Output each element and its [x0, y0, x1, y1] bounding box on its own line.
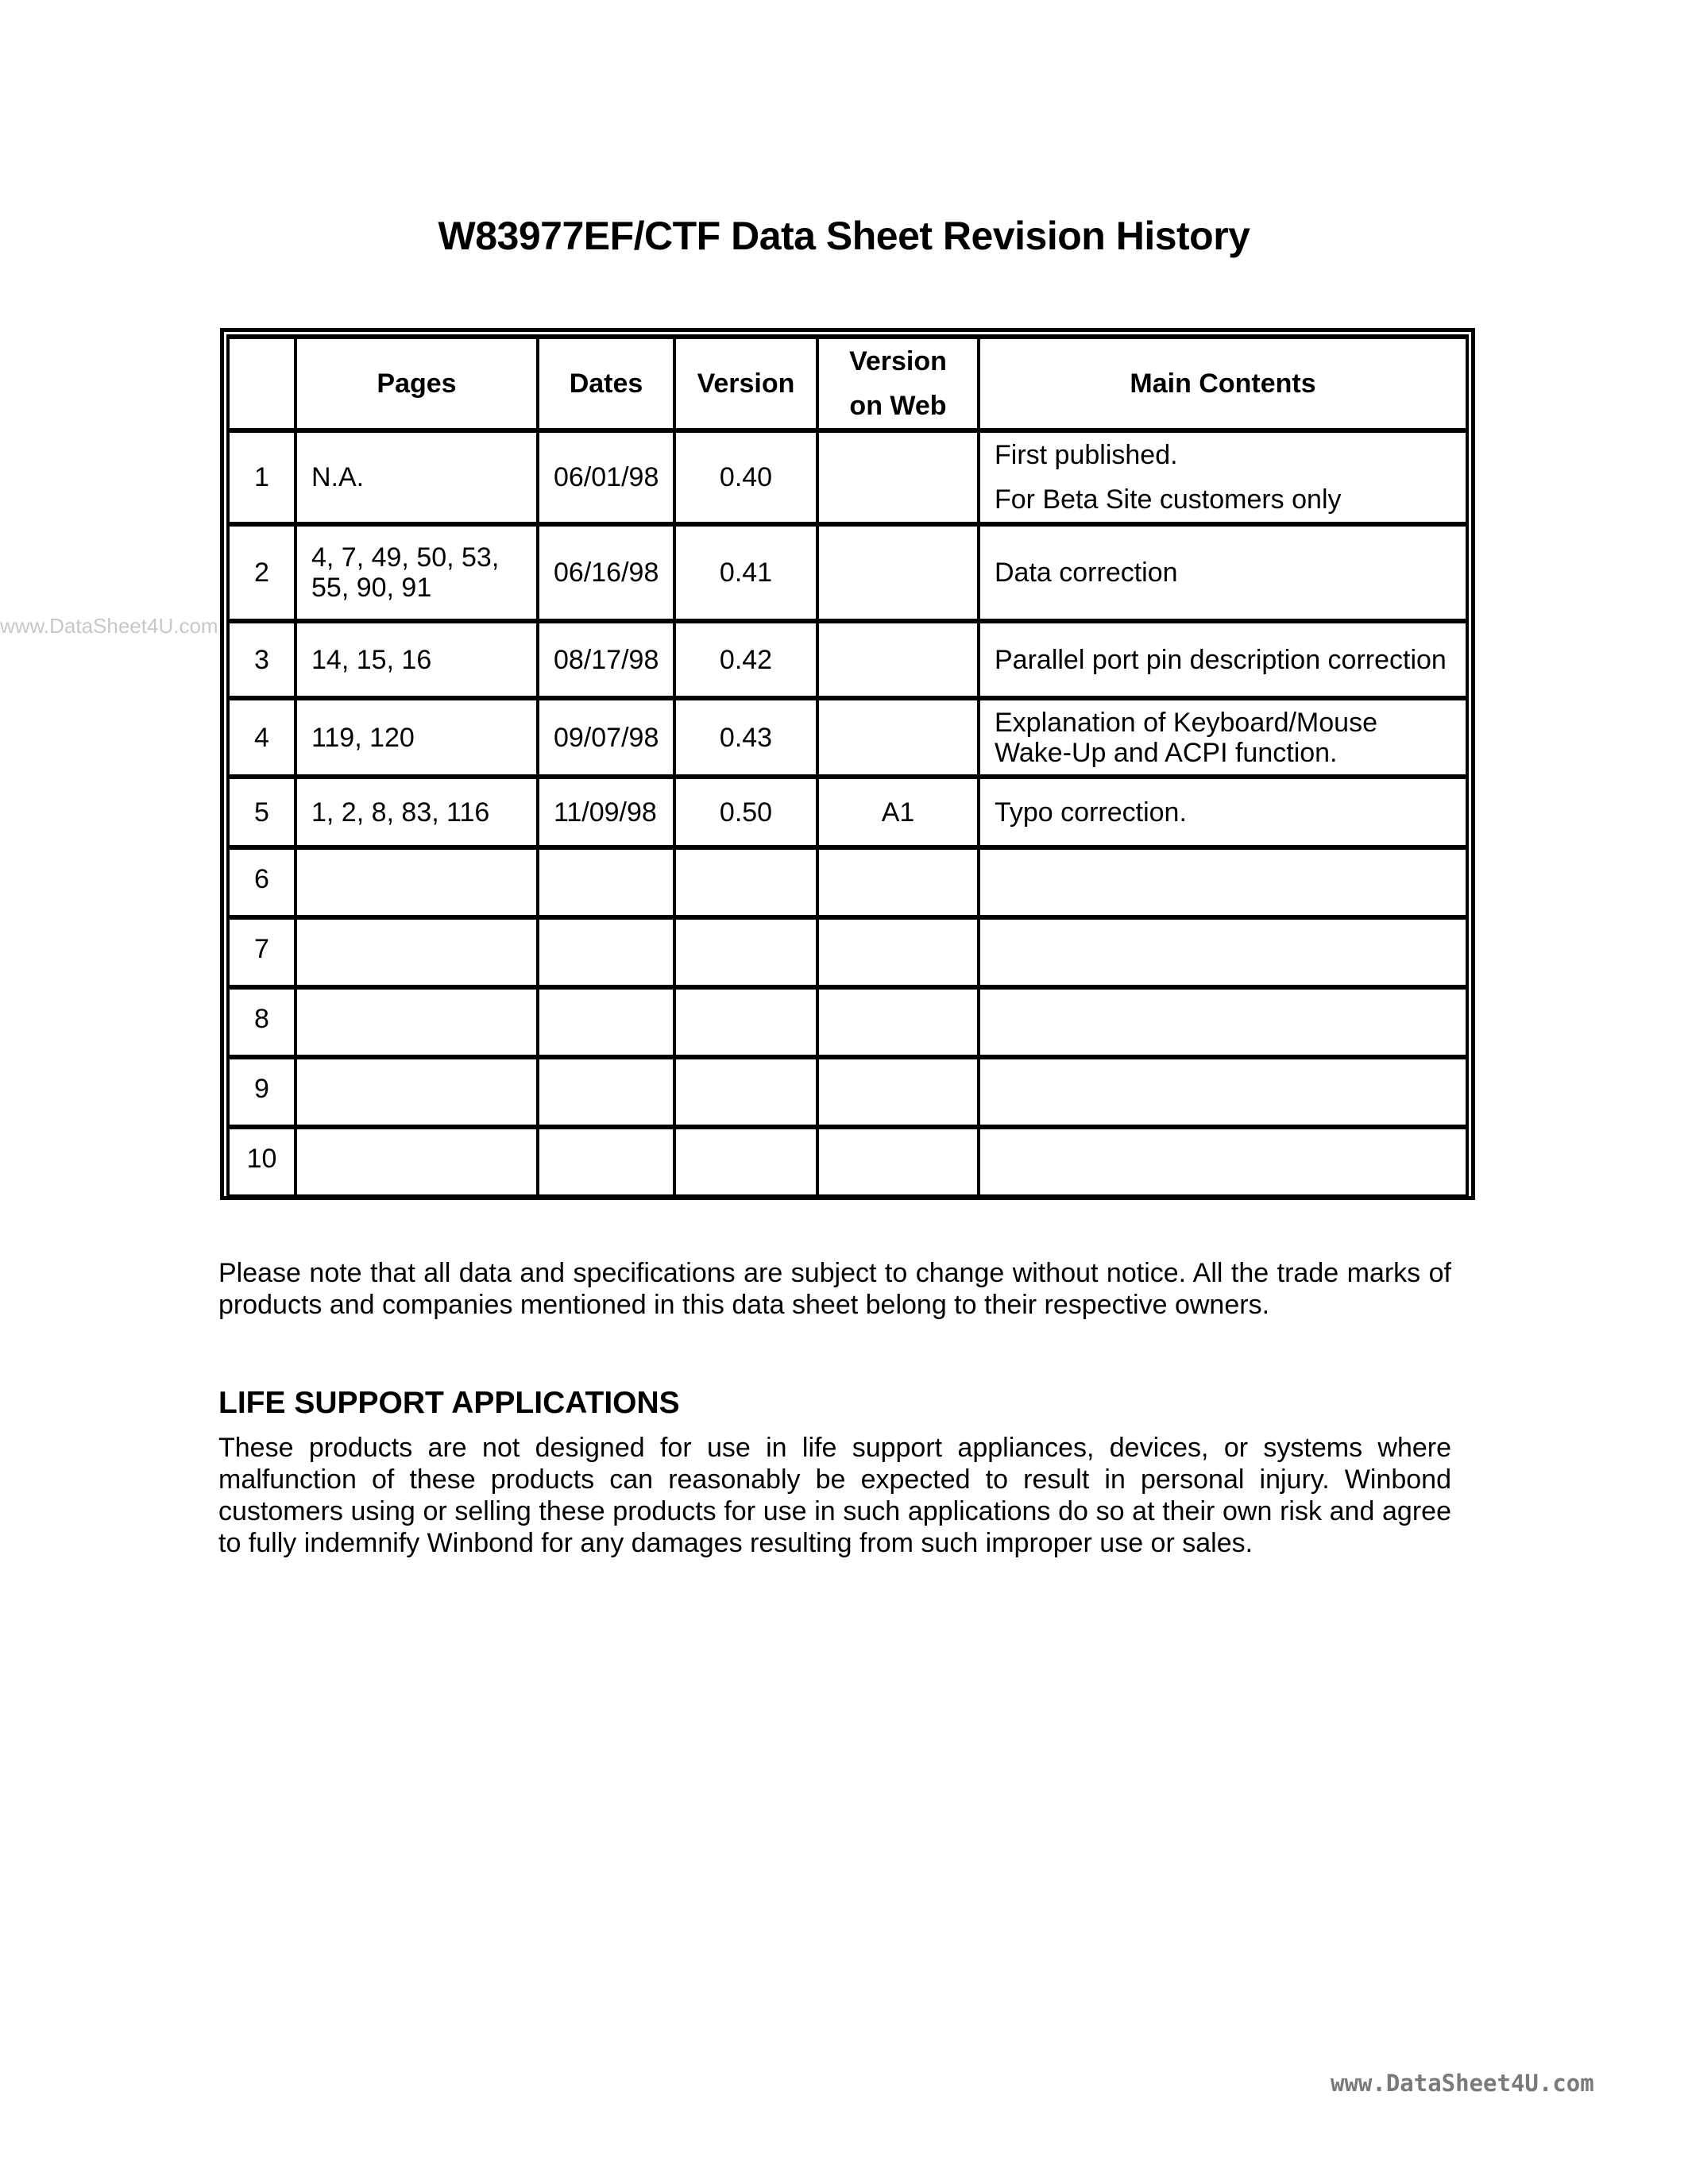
- content-line: First published.: [995, 433, 1451, 477]
- cell-pages: [295, 987, 538, 1057]
- cell-pages: 14, 15, 16: [295, 621, 538, 698]
- cell-version: [674, 847, 817, 917]
- cell-index: 4: [228, 698, 295, 777]
- cell-index: 7: [228, 917, 295, 987]
- cell-web-version: [817, 847, 979, 917]
- cell-pages: N.A.: [295, 430, 538, 524]
- cell-version: 0.40: [674, 430, 817, 524]
- cell-index: 9: [228, 1057, 295, 1127]
- cell-date: [538, 847, 674, 917]
- cell-web-version: [817, 987, 979, 1057]
- cell-main-contents: [979, 917, 1467, 987]
- cell-version: 0.42: [674, 621, 817, 698]
- cell-date: [538, 1127, 674, 1197]
- content-line: Data correction: [995, 558, 1451, 588]
- table-row: 24, 7, 49, 50, 53, 55, 90, 9106/16/980.4…: [228, 524, 1467, 621]
- cell-version: 0.43: [674, 698, 817, 777]
- cell-index: 1: [228, 430, 295, 524]
- cell-date: 08/17/98: [538, 621, 674, 698]
- watermark-left: www.DataSheet4U.com: [0, 614, 218, 639]
- table-row: 10: [228, 1127, 1467, 1197]
- table-row: 4119, 12009/07/980.43Explanation of Keyb…: [228, 698, 1467, 777]
- cell-index: 2: [228, 524, 295, 621]
- cell-date: [538, 1057, 674, 1127]
- table-row: 8: [228, 987, 1467, 1057]
- cell-web-version: [817, 621, 979, 698]
- table-row: 7: [228, 917, 1467, 987]
- cell-pages: 119, 120: [295, 698, 538, 777]
- header-version: Version: [674, 337, 817, 430]
- table-row: 314, 15, 1608/17/980.42Parallel port pin…: [228, 621, 1467, 698]
- header-dates: Dates: [538, 337, 674, 430]
- cell-main-contents: Typo correction.: [979, 777, 1467, 847]
- cell-date: [538, 987, 674, 1057]
- cell-web-version: [817, 1057, 979, 1127]
- cell-main-contents: Explanation of Keyboard/Mouse Wake-Up an…: [979, 698, 1467, 777]
- cell-pages: [295, 1127, 538, 1197]
- cell-main-contents: Parallel port pin description correction: [979, 621, 1467, 698]
- table-row: 6: [228, 847, 1467, 917]
- cell-date: 11/09/98: [538, 777, 674, 847]
- header-index: [228, 337, 295, 430]
- document-title: W83977EF/CTF Data Sheet Revision History: [0, 213, 1688, 259]
- table-header-row: Pages Dates Version Version on Web Main …: [228, 337, 1467, 430]
- cell-pages: [295, 847, 538, 917]
- cell-date: 06/01/98: [538, 430, 674, 524]
- watermark-bottom: www.DataSheet4U.com: [1331, 2070, 1594, 2097]
- revision-history-table: Pages Dates Version Version on Web Main …: [226, 334, 1469, 1199]
- content-line: For Beta Site customers only: [995, 477, 1451, 522]
- cell-main-contents: [979, 847, 1467, 917]
- cell-web-version: A1: [817, 777, 979, 847]
- content-line: Explanation of Keyboard/Mouse Wake-Up an…: [995, 708, 1451, 768]
- header-main-contents: Main Contents: [979, 337, 1467, 430]
- cell-date: 06/16/98: [538, 524, 674, 621]
- cell-date: 09/07/98: [538, 698, 674, 777]
- cell-version: 0.41: [674, 524, 817, 621]
- header-version-on-web: Version on Web: [817, 337, 979, 430]
- table-row: 9: [228, 1057, 1467, 1127]
- cell-web-version: [817, 1127, 979, 1197]
- cell-main-contents: [979, 1127, 1467, 1197]
- cell-pages: 1, 2, 8, 83, 116: [295, 777, 538, 847]
- cell-version: 0.50: [674, 777, 817, 847]
- cell-main-contents: [979, 987, 1467, 1057]
- life-support-paragraph: These products are not designed for use …: [218, 1432, 1451, 1559]
- cell-pages: 4, 7, 49, 50, 53, 55, 90, 91: [295, 524, 538, 621]
- revision-history-table-frame: Pages Dates Version Version on Web Main …: [220, 328, 1475, 1200]
- cell-web-version: [817, 698, 979, 777]
- header-pages: Pages: [295, 337, 538, 430]
- content-line: Typo correction.: [995, 797, 1451, 828]
- notice-paragraph: Please note that all data and specificat…: [218, 1257, 1451, 1321]
- cell-pages: [295, 1057, 538, 1127]
- cell-pages: [295, 917, 538, 987]
- table-row: 1N.A.06/01/980.40First published.For Bet…: [228, 430, 1467, 524]
- cell-date: [538, 917, 674, 987]
- cell-main-contents: Data correction: [979, 524, 1467, 621]
- cell-index: 10: [228, 1127, 295, 1197]
- cell-main-contents: [979, 1057, 1467, 1127]
- cell-version: [674, 1127, 817, 1197]
- cell-version: [674, 987, 817, 1057]
- cell-main-contents: First published.For Beta Site customers …: [979, 430, 1467, 524]
- life-support-heading: LIFE SUPPORT APPLICATIONS: [218, 1386, 680, 1421]
- cell-index: 5: [228, 777, 295, 847]
- content-line: Parallel port pin description correction: [995, 645, 1451, 675]
- cell-version: [674, 917, 817, 987]
- table-row: 51, 2, 8, 83, 11611/09/980.50A1Typo corr…: [228, 777, 1467, 847]
- cell-version: [674, 1057, 817, 1127]
- cell-index: 3: [228, 621, 295, 698]
- cell-web-version: [817, 917, 979, 987]
- cell-web-version: [817, 430, 979, 524]
- cell-index: 6: [228, 847, 295, 917]
- cell-web-version: [817, 524, 979, 621]
- cell-index: 8: [228, 987, 295, 1057]
